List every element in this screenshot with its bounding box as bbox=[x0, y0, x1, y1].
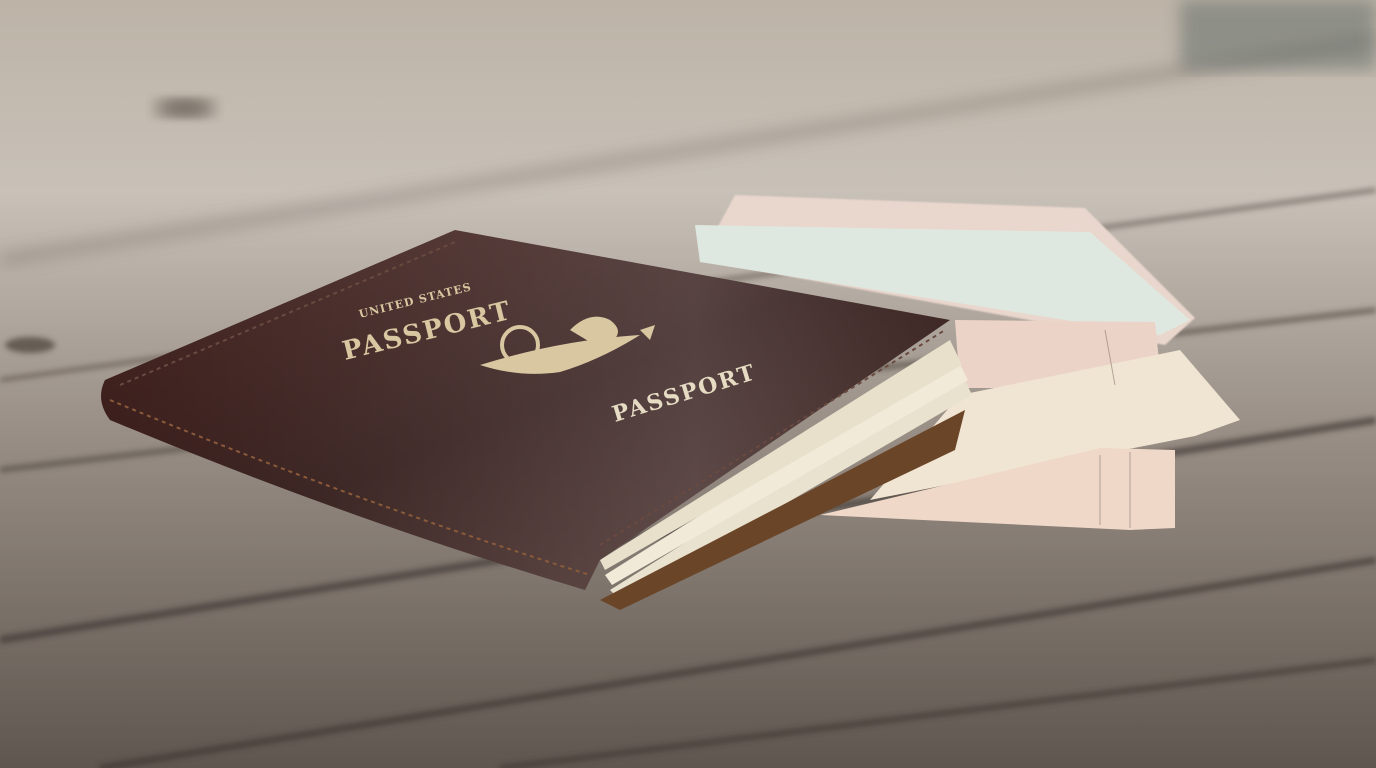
photo-scene: UNITED STATES PASSPORT PASSPORT bbox=[0, 0, 1376, 768]
